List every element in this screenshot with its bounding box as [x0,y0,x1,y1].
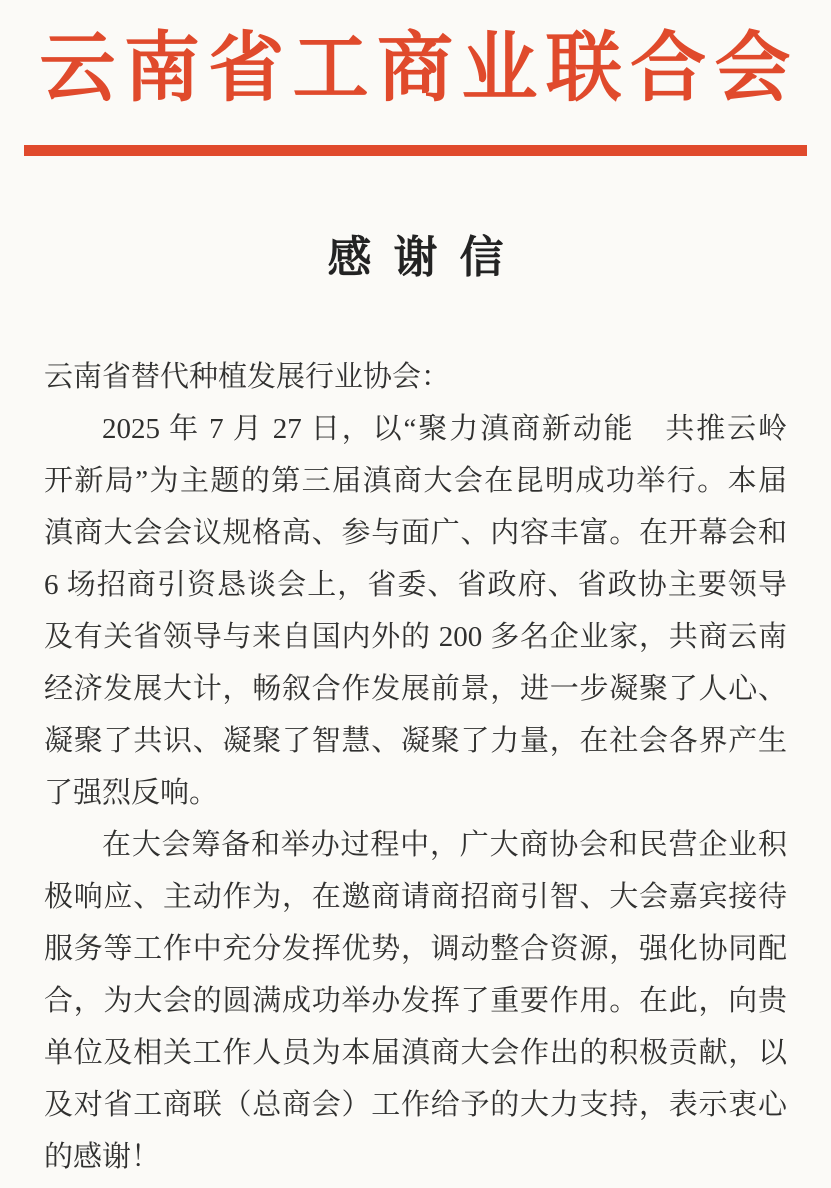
letterhead-rule [24,145,807,156]
letter-title: 感谢信 [0,234,831,282]
letter-body: 云南省替代种植发展行业协会： 2025 年 7 月 27 日，以“聚力滇商新动能… [0,351,831,1183]
body-line: 在大会筹备和举办过程中，广大商协会和民营企业积 [44,819,787,871]
body-line: 合，为大会的圆满成功举办发挥了重要作用。在此，向贵 [44,975,787,1027]
body-line: 单位及相关工作人员为本届滇商大会作出的积极贡献，以 [44,1027,787,1079]
body-line: 极响应、主动作为，在邀商请商招商引智、大会嘉宾接待 [44,871,787,923]
letterhead-org-name: 云南省工商业联合会 [40,24,792,115]
body-line: 及对省工商联（总商会）工作给予的大力支持，表示衷心 [44,1079,787,1131]
salutation: 云南省替代种植发展行业协会： [44,351,787,403]
letterhead: 云南省工商业联合会 [0,24,831,156]
body-line: 经济发展大计，畅叙合作发展前景，进一步凝聚了人心、 [44,663,787,715]
body-line: 服务等工作中充分发挥优势，调动整合资源，强化协同配 [44,923,787,975]
body-line: 滇商大会会议规格高、参与面广、内容丰富。在开幕会和 [44,507,787,559]
body-line: 2025 年 7 月 27 日，以“聚力滇商新动能 共推云岭 [44,403,787,455]
body-line: 开新局”为主题的第三届滇商大会在昆明成功举行。本届 [44,455,787,507]
paragraph-2: 在大会筹备和举办过程中，广大商协会和民营企业积 极响应、主动作为，在邀商请商招商… [44,819,787,1183]
letter-content: 感谢信 云南省替代种植发展行业协会： 2025 年 7 月 27 日，以“聚力滇… [0,234,831,1182]
body-line: 了强烈反响。 [44,767,787,819]
paragraph-1: 2025 年 7 月 27 日，以“聚力滇商新动能 共推云岭 开新局”为主题的第… [44,403,787,819]
body-line: 的感谢！ [44,1131,787,1183]
letter-page: 云南省工商业联合会 感谢信 云南省替代种植发展行业协会： 2025 年 7 月 … [0,0,831,1188]
body-line: 6 场招商引资恳谈会上，省委、省政府、省政协主要领导 [44,559,787,611]
body-line: 凝聚了共识、凝聚了智慧、凝聚了力量，在社会各界产生 [44,715,787,767]
body-line: 及有关省领导与来自国内外的 200 多名企业家，共商云南 [44,611,787,663]
